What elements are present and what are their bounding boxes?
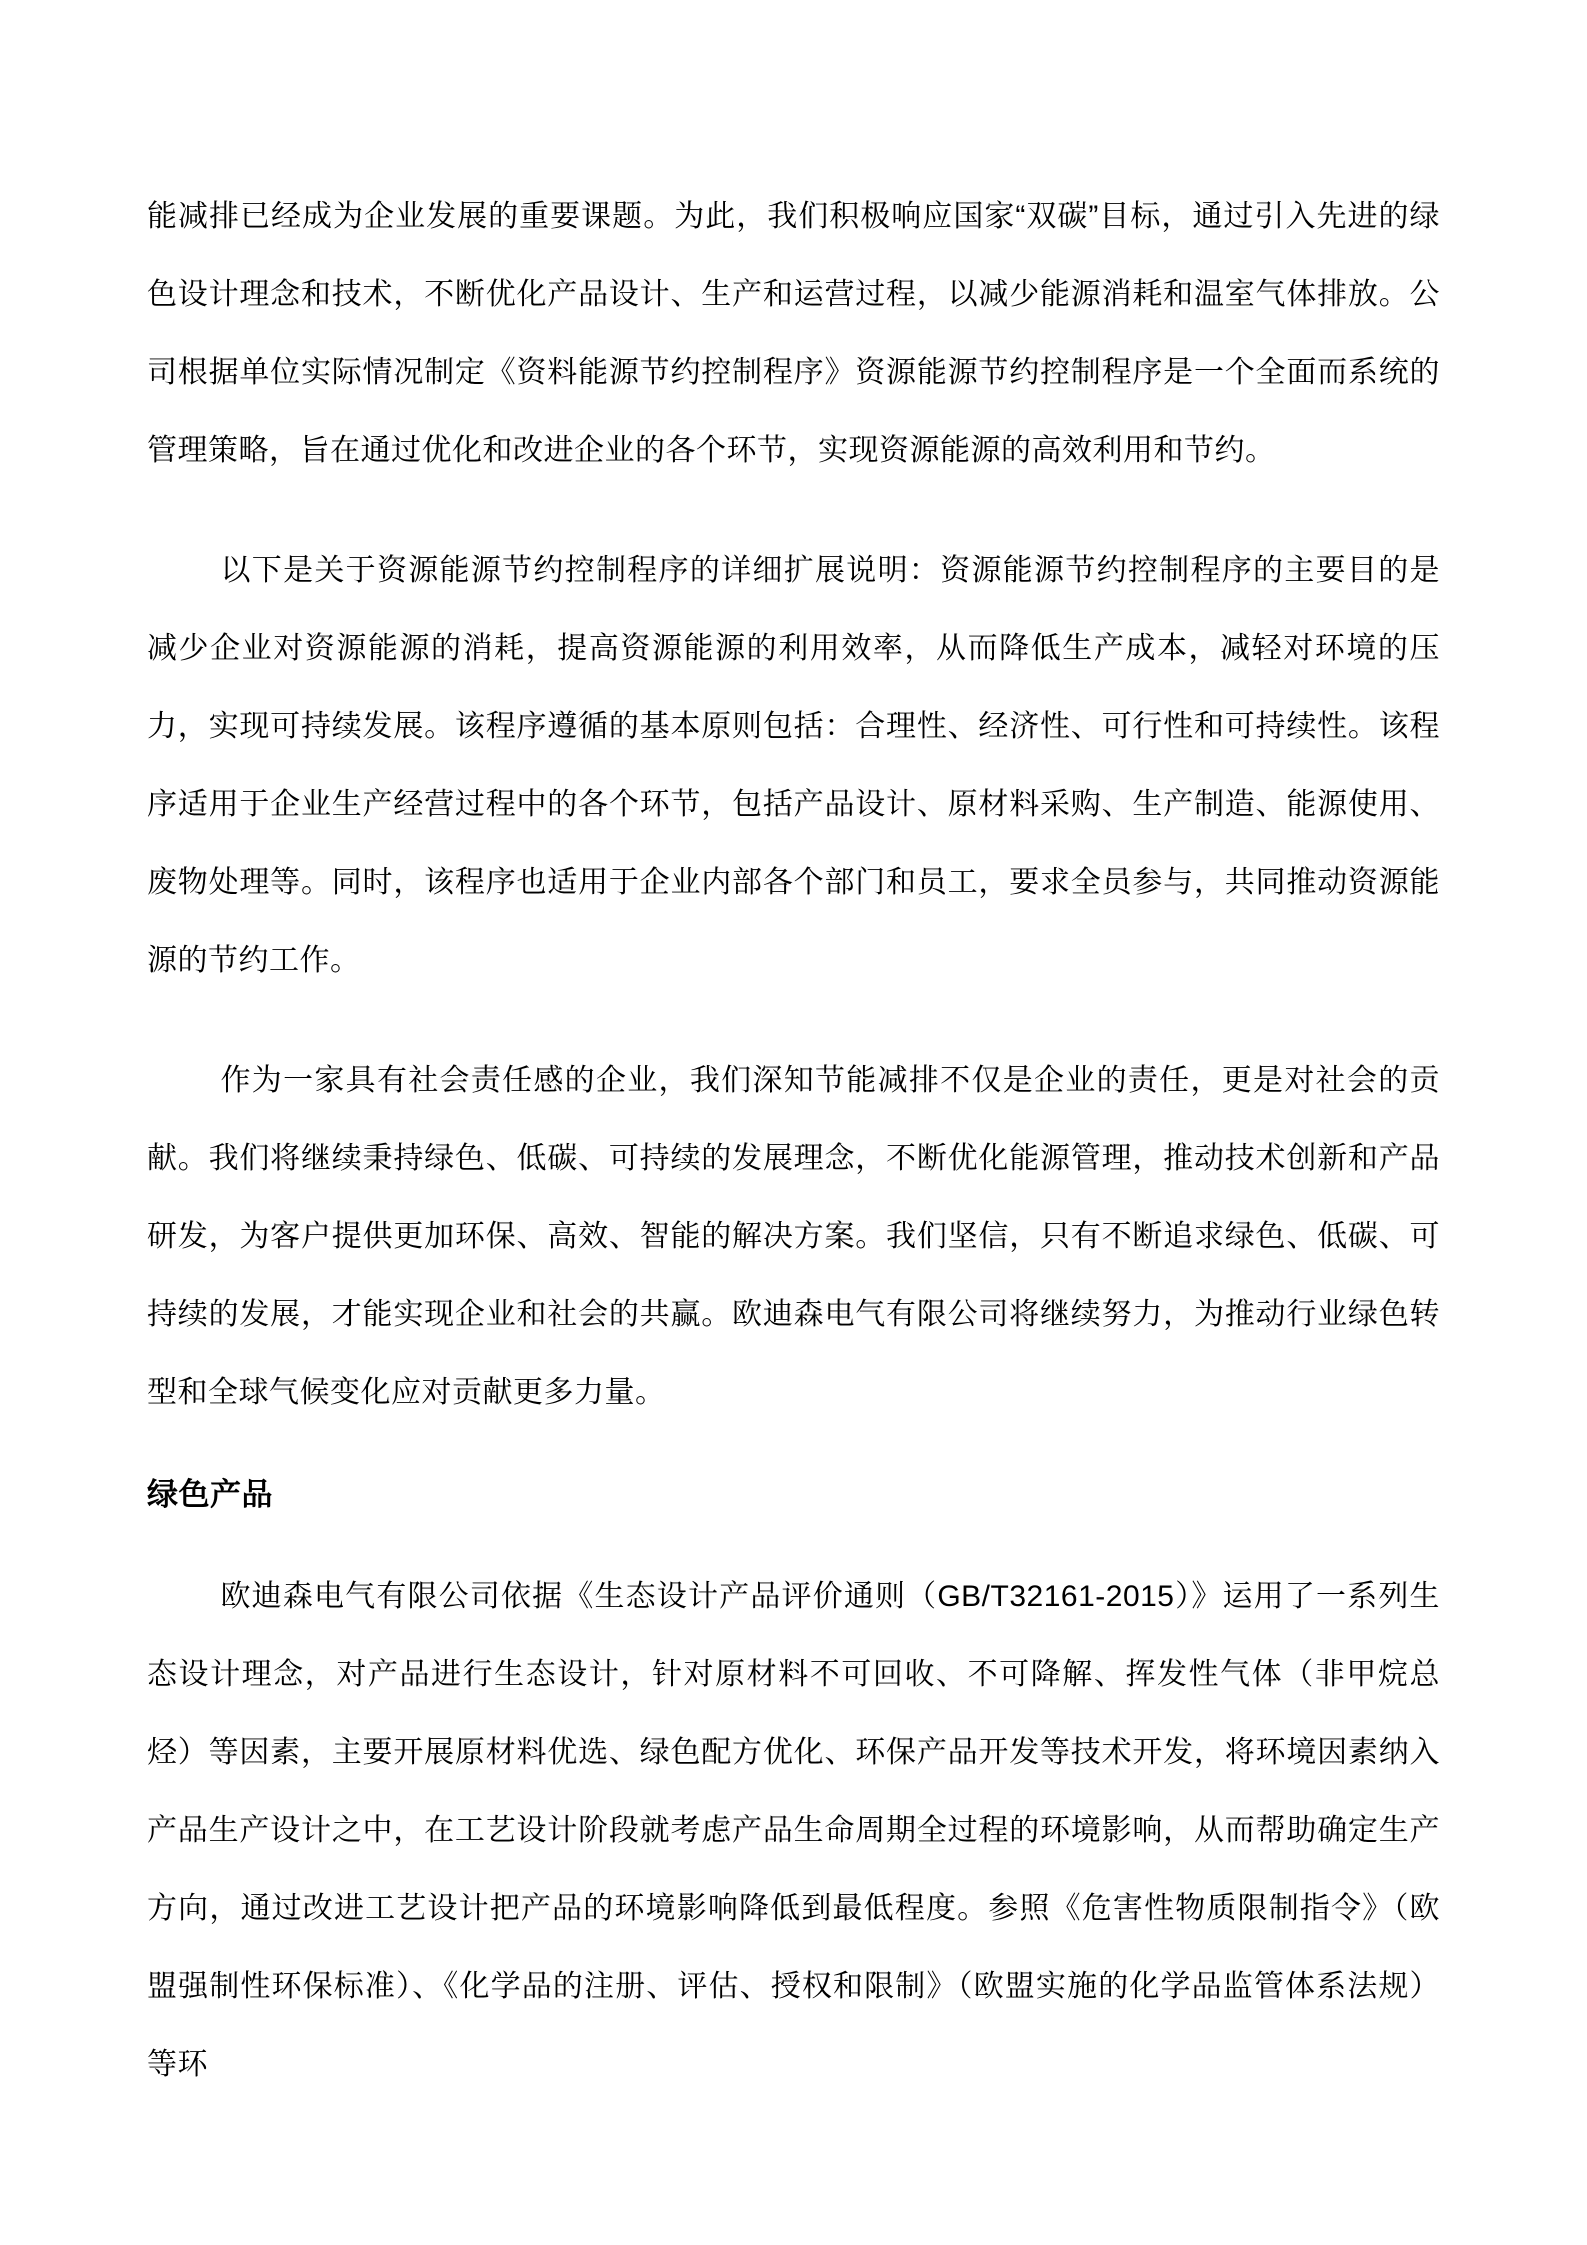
- paragraph-eco-design: 欧迪森电气有限公司依据《生态设计产品评价通则（GB/T32161-2015）》运…: [147, 1558, 1440, 2104]
- paragraph-program-explanation: 以下是关于资源能源节约控制程序的详细扩展说明：资源能源节约控制程序的主要目的是减…: [147, 532, 1440, 1000]
- paragraph-social-responsibility: 作为一家具有社会责任感的企业，我们深知节能减排不仅是企业的责任，更是对社会的贡献…: [147, 1042, 1440, 1432]
- document-page: 能减排已经成为企业发展的重要课题。为此，我们积极响应国家“双碳”目标，通过引入先…: [0, 0, 1587, 2245]
- document-content: 能减排已经成为企业发展的重要课题。为此，我们积极响应国家“双碳”目标，通过引入先…: [147, 0, 1440, 2146]
- section-heading-green-products: 绿色产品: [147, 1456, 1440, 1534]
- paragraph-energy-saving-intro: 能减排已经成为企业发展的重要课题。为此，我们积极响应国家“双碳”目标，通过引入先…: [147, 178, 1440, 490]
